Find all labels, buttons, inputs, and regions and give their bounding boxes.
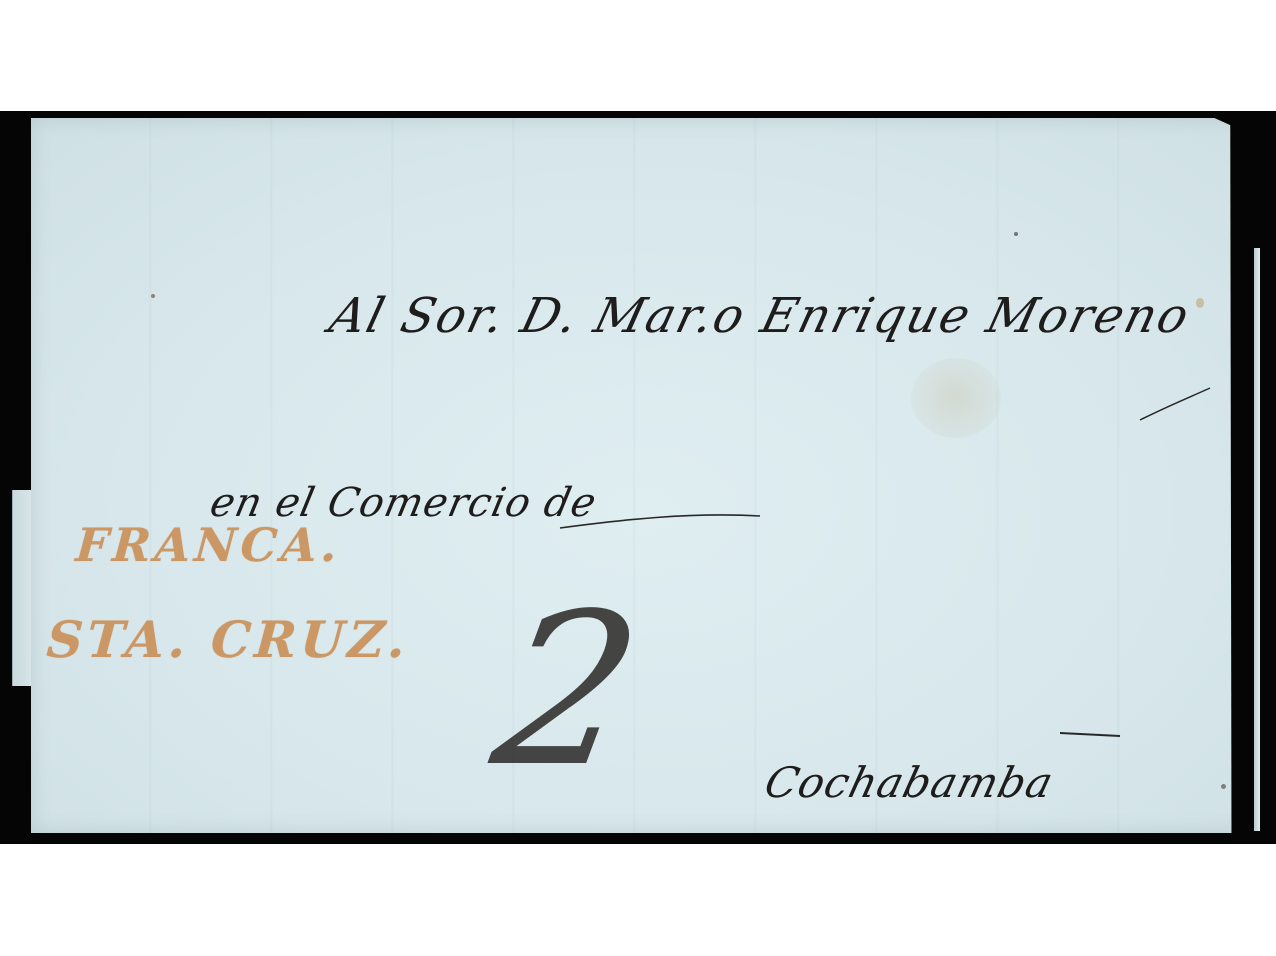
- ink-spot: [1014, 232, 1018, 236]
- sta-cruz-handstamp: STA. CRUZ.: [45, 610, 411, 669]
- addressee-line: Al Sor. D. Mar.o Enrique Moreno: [324, 288, 1196, 344]
- foxing-stain: [911, 358, 1001, 438]
- pencil-notation: ʎ/4: [88, 904, 118, 930]
- foxing-spot: [1196, 298, 1204, 308]
- manuscript-rate-mark: 2: [479, 568, 656, 813]
- destination-city: Cochabamba: [760, 758, 1059, 807]
- letter-right-flap: [1254, 248, 1260, 831]
- letter-cover: FRANCA. STA. CRUZ. Al Sor. D. Mar.o Enri…: [31, 118, 1251, 833]
- franca-handstamp: FRANCA.: [74, 518, 343, 572]
- ink-spot: [151, 294, 155, 298]
- ink-spot: [1221, 784, 1226, 789]
- address-commerce-line: en el Comercio de: [206, 480, 601, 526]
